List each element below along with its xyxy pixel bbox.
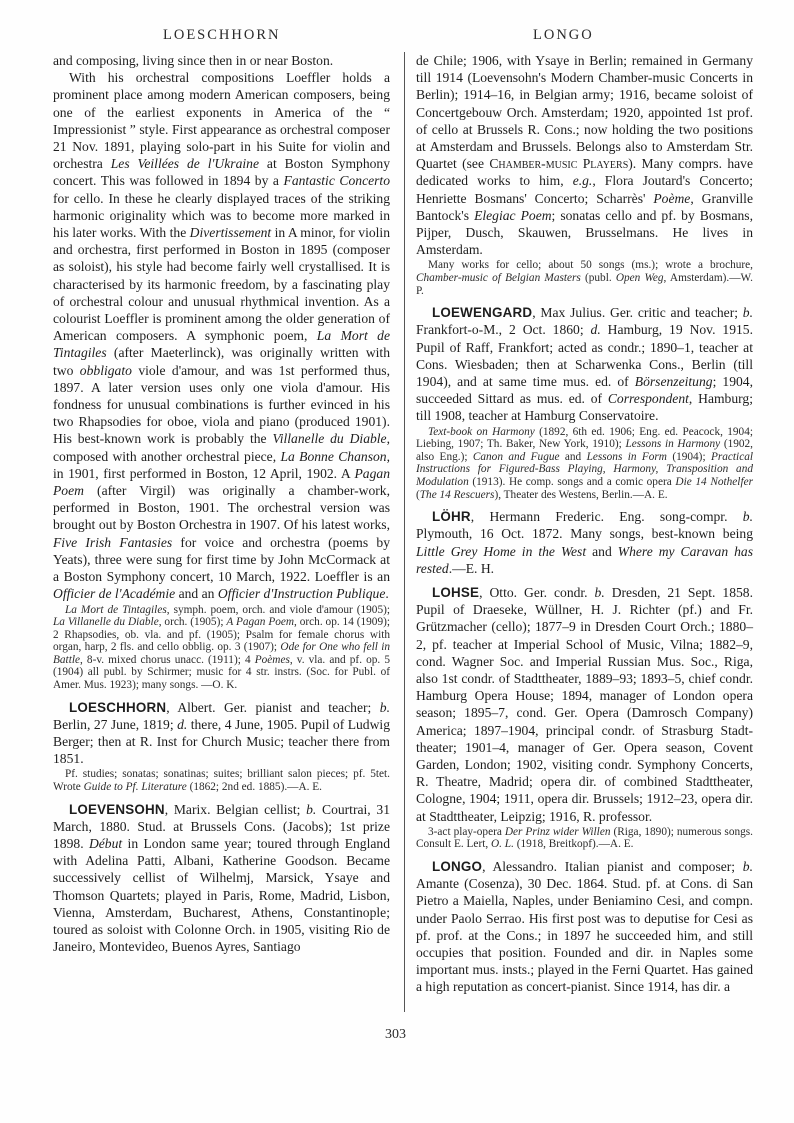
entry-lohse: LOHSE, Otto. Ger. condr. b. Dresden, 21 …: [416, 584, 753, 825]
loeffler-works-list: La Mort de Tintagiles, symph. poem, orch…: [53, 604, 390, 692]
entry-loevensohn: LOEVENSOHN, Marix. Belgian cellist; b. C…: [53, 801, 390, 956]
loewengard-works-list: Text-book on Harmony (1892, 6th ed. 1906…: [416, 426, 753, 502]
loeffler-paragraph: With his orchestral compositions Loeffle…: [53, 69, 390, 602]
headword: LONGO: [432, 859, 482, 874]
lohse-works-list: 3-act play-opera Der Prinz wider Willen …: [416, 826, 753, 851]
headword: LOHSE: [432, 585, 479, 600]
entry-loeschhorn: LOESCHHORN, Albert. Ger. pianist and tea…: [53, 699, 390, 768]
right-column: de Chile; 1906, with Ysaye in Berlin; re…: [416, 52, 753, 996]
loevensohn-works-list: Many works for cello; about 50 songs (ms…: [416, 259, 753, 297]
entry-lohr: LÖHR, Hermann Frederic. Eng. song-compr.…: [416, 508, 753, 577]
page-number: 303: [385, 1027, 406, 1043]
entry-longo: LONGO, Alessandro. Italian pianist and c…: [416, 858, 753, 996]
headword: LÖHR: [432, 509, 471, 524]
running-head-left: LOESCHHORN: [163, 27, 280, 44]
left-column: and composing, living since then in or n…: [53, 52, 390, 955]
column-divider: [404, 52, 405, 1012]
loeffler-continued-text: and composing, living since then in or n…: [53, 52, 390, 69]
loevensohn-continued-text: de Chile; 1906, with Ysaye in Berlin; re…: [416, 52, 753, 258]
running-head-right: LONGO: [533, 27, 594, 44]
loeschhorn-works-list: Pf. studies; sonatas; sonatinas; suites;…: [53, 768, 390, 793]
headword: LOEVENSOHN: [69, 802, 165, 817]
dictionary-page: LOESCHHORN LONGO and composing, living s…: [0, 0, 794, 1123]
headword: LOESCHHORN: [69, 700, 166, 715]
headword: LOEWENGARD: [432, 305, 532, 320]
entry-loewengard: LOEWENGARD, Max Julius. Ger. critic and …: [416, 304, 753, 424]
